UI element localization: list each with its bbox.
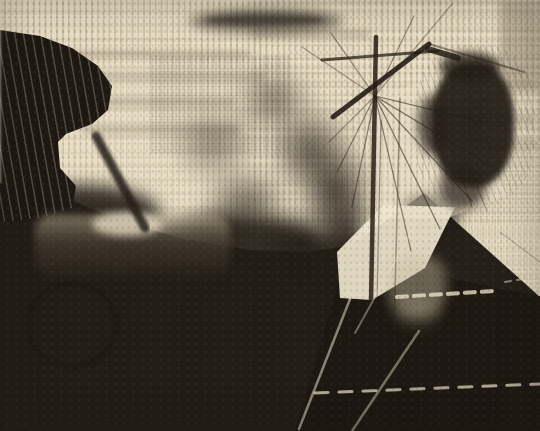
monotype-print-artwork [0,0,540,431]
edge-vignette [0,0,540,431]
